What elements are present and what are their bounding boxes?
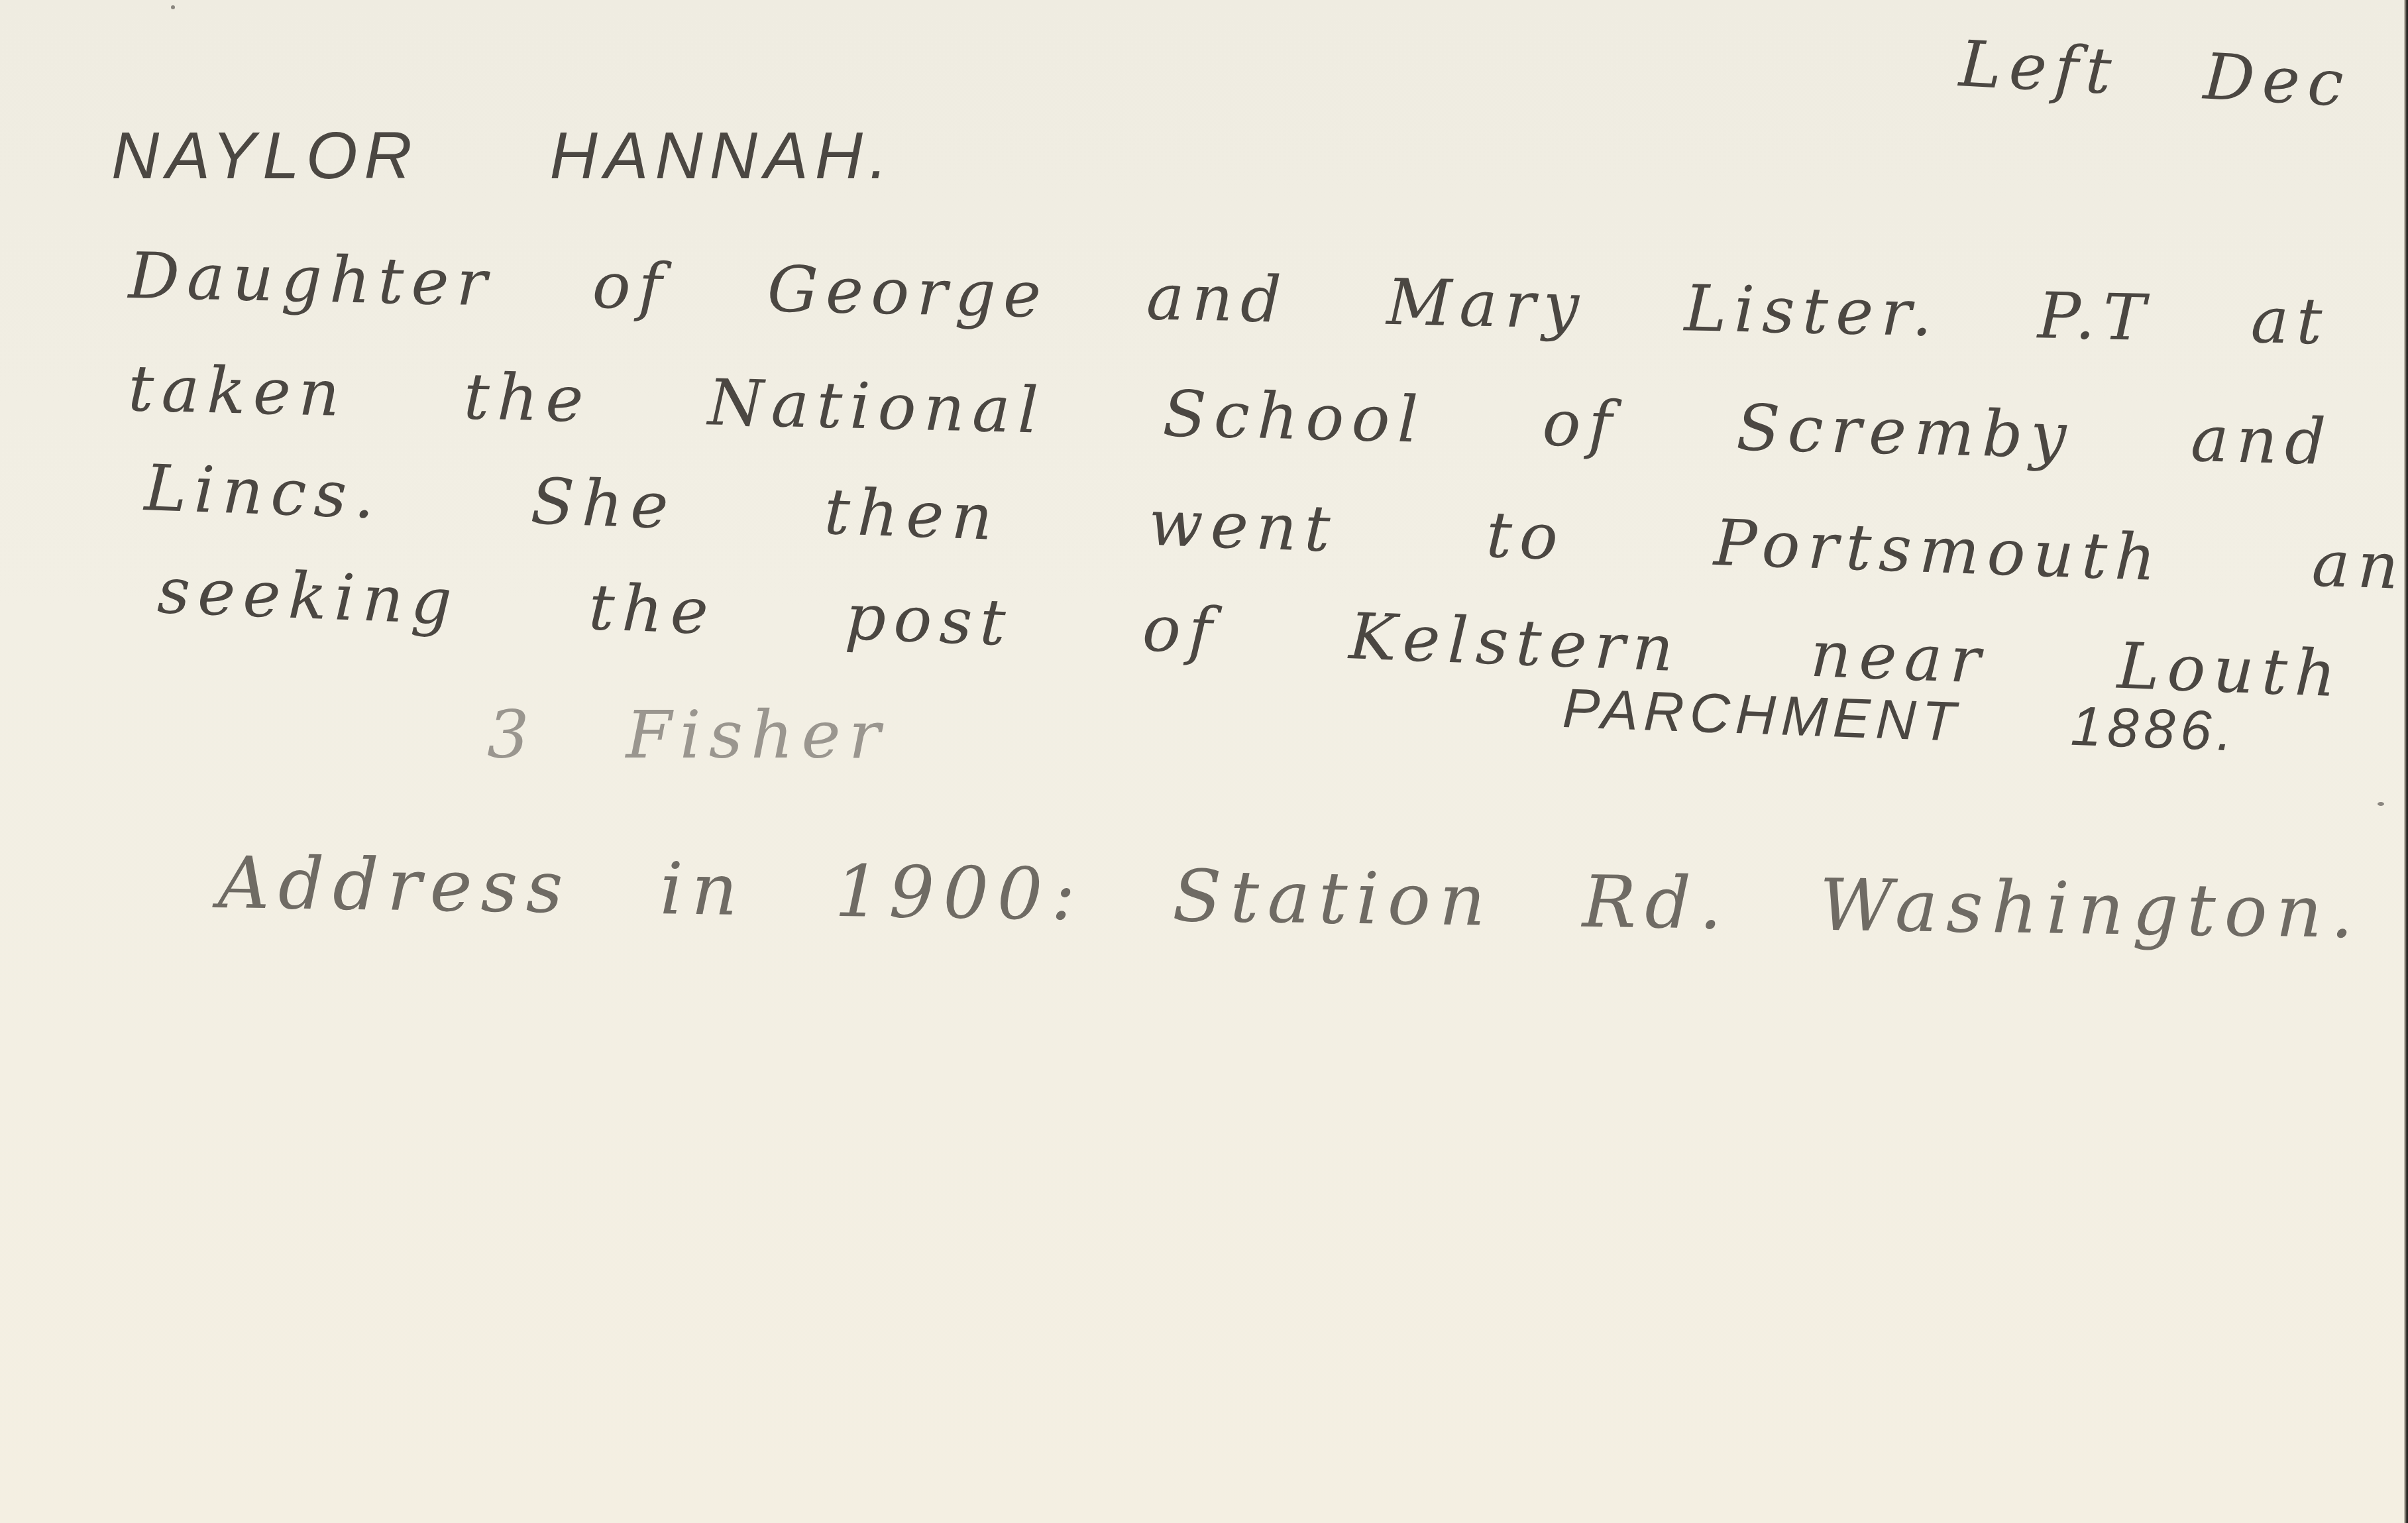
pencil-annotation: 3 Fisher <box>487 696 888 773</box>
ink-speck <box>171 5 175 9</box>
left-date-note: Left Dec 1883. <box>1957 27 2408 137</box>
ink-speck <box>2378 802 2384 806</box>
entry-name-heading: NAYLOR HANNAH. <box>111 118 895 194</box>
address-line: Address in 1900: Station Rd. Washington.… <box>217 842 2408 970</box>
page-edge <box>2404 0 2408 1523</box>
register-page: Left Dec 1883. NAYLOR HANNAH. Daughter o… <box>0 0 2408 1523</box>
